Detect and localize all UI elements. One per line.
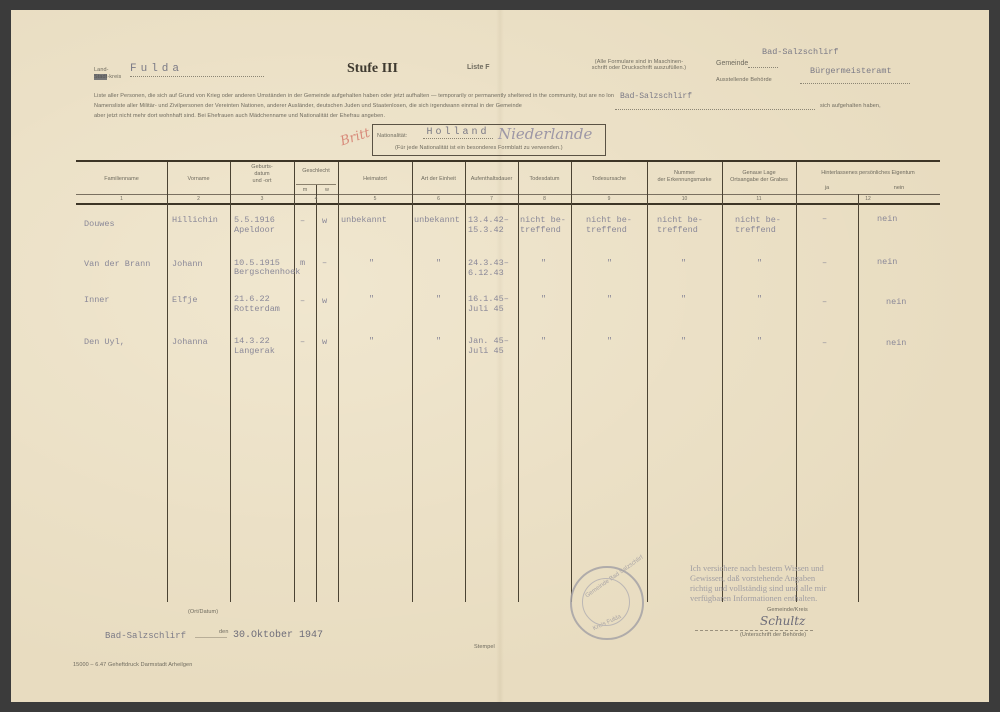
cell-heimatort: unbekannt (341, 215, 387, 225)
signature-line (695, 630, 813, 631)
col-divider (294, 162, 295, 602)
land-label: Land- (94, 67, 121, 73)
cell-grab: " (757, 294, 762, 304)
cell-birth-place: Bergschenhoek (234, 267, 300, 277)
signature: Schultz (760, 614, 805, 628)
place-line (195, 637, 227, 638)
cell-firstname: Johanna (172, 337, 208, 347)
cell-nein: nein (877, 214, 897, 224)
nationality-box: Nationalität: Holland Niederlande (Für j… (372, 124, 606, 156)
cell-heimatort: " (369, 258, 374, 268)
struck-stadt-label: Stadt (94, 74, 107, 80)
intro-gemeinde-value: Bad-Salzschlirf (620, 92, 692, 101)
cell-nein: nein (886, 338, 906, 348)
intro-dots (615, 109, 815, 110)
cell-m: m (300, 258, 305, 268)
declaration-text: Ich versichere nach bestem Wissen und Ge… (690, 563, 835, 603)
cell-einheit: " (436, 258, 441, 268)
cell-birth-place: Langerak (234, 346, 275, 356)
col-num: 1 (76, 196, 167, 202)
col-divider (571, 162, 572, 602)
col-divider (796, 162, 797, 602)
cell-stay-to: 6.12.43 (468, 268, 504, 278)
cell-firstname: Elfje (172, 295, 198, 305)
col-divider (647, 162, 648, 602)
col-header-vorname: Vorname (167, 176, 230, 183)
cell-heimatort: " (369, 336, 374, 346)
col-divider (412, 162, 413, 602)
cell-todesursache: " (607, 258, 612, 268)
col-header-geburtsdatum: Geburts- datum und -ort (230, 164, 294, 185)
col-divider (722, 162, 723, 602)
form-note-line2: schrift oder Druckschrift auszufüllen.) (584, 65, 694, 71)
cell-w: w (322, 337, 327, 347)
cell-birth-place: Apeldoor (234, 225, 275, 235)
col-header-eigentum-nein: nein (858, 185, 940, 192)
col-num: 12 (796, 196, 940, 202)
col-num: 7 (465, 196, 518, 202)
date-value: 30.Oktober 1947 (233, 630, 323, 641)
cell-stay-to: Juli 45 (468, 346, 504, 356)
cell-marke: " (681, 336, 686, 346)
col-header-einheit: Art der Einheit (412, 176, 465, 183)
signature-label: Gemeinde/Kreis (767, 607, 808, 613)
cell-m: – (300, 337, 305, 347)
cell-todesdatum: " (541, 258, 546, 268)
cell-grab: " (757, 258, 762, 268)
col-num: 8 (518, 196, 571, 202)
cell-m: – (300, 296, 305, 306)
col-header-geschlecht-w: w (316, 187, 338, 194)
gemeinde-label: Gemeinde (716, 60, 748, 67)
cell-surname: Douwes (84, 219, 115, 229)
nationality-label: Nationalität: (377, 133, 407, 139)
col-num: 4 (294, 196, 338, 202)
cell-stay-from: 16.1.45– (468, 294, 509, 304)
list-label: Liste F (467, 64, 490, 71)
gemeinde-value-top: Bad-Salzschlirf (762, 47, 839, 57)
col-divider (858, 194, 859, 602)
kreis-label: kreis (109, 74, 121, 80)
col-divider (316, 184, 317, 602)
cell-todesursache: " (607, 294, 612, 304)
cell-birth-place: Rotterdam (234, 304, 280, 314)
cell-birth-date: 21.6.22 (234, 294, 270, 304)
place-label: (Ort/Datum) (188, 609, 218, 615)
cell-ja: – (822, 297, 827, 307)
landkreis-label: Land- Stadt-kreis (94, 67, 121, 80)
cell-stay-to: Juli 45 (468, 304, 504, 314)
header-bottom-rule (76, 203, 940, 205)
cell-grab: " (757, 336, 762, 346)
col-header-eigentum: Hinterlassenes persönliches Eigentum (796, 170, 940, 177)
cell-stay-to: 15.3.42 (468, 225, 504, 235)
cell-birth-date: 14.3.22 (234, 336, 270, 346)
nationality-value: Holland (423, 127, 493, 139)
printer-line: 15000 – 6.47 Geheftdruck Darmstadt Arhei… (73, 662, 192, 668)
col-header-aufenthalt: Aufenthaltsdauer (465, 176, 518, 183)
col-header-erkennungsmarke: Nummer der Erkennungsmarke (647, 170, 722, 184)
header-number-rule (76, 194, 940, 195)
cell-nein: nein (877, 257, 897, 267)
col-header-geschlecht-m: m (294, 187, 316, 194)
behoerde-dots (800, 83, 910, 84)
cell-firstname: Hillichin (172, 215, 218, 225)
intro-line-2-end: sich aufgehalten haben, (820, 103, 881, 109)
cell-marke: nicht be- treffend (657, 215, 703, 235)
col-num: 6 (412, 196, 465, 202)
stempel-label: Stempel (474, 644, 495, 650)
cell-w: – (322, 258, 327, 268)
stamp-text-bottom: Kreis Fulda (592, 614, 622, 632)
col-divider (518, 162, 519, 602)
signature-caption: (Unterschrift der Behörde) (740, 632, 806, 638)
col-num: 5 (338, 196, 412, 202)
cell-marke: " (681, 258, 686, 268)
cell-surname: Inner (84, 295, 110, 305)
cell-stay-from: 24.3.43– (468, 258, 509, 268)
page-title: Stufe III (347, 61, 398, 77)
nationality-handwritten: Niederlande (498, 125, 592, 143)
col-header-eigentum-ja: ja (796, 185, 858, 192)
cell-todesursache: nicht be- treffend (586, 215, 632, 235)
cell-surname: Van der Brann (84, 259, 150, 269)
cell-w: w (322, 296, 327, 306)
cell-grab: nicht be- treffend (735, 215, 781, 235)
cell-surname: Den Uyl, (84, 337, 125, 347)
col-divider (338, 162, 339, 602)
cell-heimatort: " (369, 294, 374, 304)
col-divider (465, 162, 466, 602)
form-note: (Alle Formulare sind in Maschinen- schri… (584, 59, 694, 71)
cell-todesdatum: nicht be- treffend (520, 215, 566, 235)
col-num: 10 (647, 196, 722, 202)
intro-line-1: Liste aller Personen, die sich auf Grund… (94, 93, 614, 99)
behoerde-value: Bürgermeisteramt (810, 66, 892, 76)
nationality-note: (Für jede Nationalität ist ein besondere… (395, 145, 563, 151)
gemeinde-dots (748, 67, 778, 68)
cell-m: – (300, 216, 305, 226)
cell-todesdatum: " (541, 336, 546, 346)
col-header-geschlecht: Geschlecht (294, 168, 338, 175)
place-value: Bad-Salzschlirf (105, 631, 186, 641)
col-num: 11 (722, 196, 796, 202)
col-header-grab: Genaue Lage Ortsangabe der Grabes (722, 170, 796, 184)
behoerde-label: Ausstellende Behörde (716, 77, 772, 83)
col-header-heimatort: Heimatort (338, 176, 412, 183)
col-num: 3 (230, 196, 294, 202)
cell-marke: " (681, 294, 686, 304)
cell-stay-from: 13.4.42– (468, 215, 509, 225)
cell-einheit: " (436, 336, 441, 346)
landkreis-value: Fulda (130, 63, 264, 77)
cell-nein: nein (886, 297, 906, 307)
col-divider (230, 162, 231, 602)
cell-todesursache: " (607, 336, 612, 346)
cell-birth-date: 5.5.1916 (234, 215, 275, 225)
cell-einheit: " (436, 294, 441, 304)
col-divider (167, 162, 168, 602)
official-stamp: Gemeinde Bad Salzschlirf Kreis Fulda (570, 566, 644, 640)
cell-einheit: unbekannt (414, 215, 460, 225)
intro-line-3: aber jetzt nicht mehr dort wohnhaft sind… (94, 113, 424, 119)
intro-line-2: Namensliste aller Militär- und Zivilpers… (94, 103, 614, 109)
cell-todesdatum: " (541, 294, 546, 304)
cell-w: w (322, 216, 327, 226)
geschlecht-sub-rule (296, 184, 336, 185)
cell-ja: – (822, 258, 827, 268)
den-label: den (219, 629, 228, 635)
table-top-rule (76, 160, 940, 162)
col-header-todesursache: Todesursache (571, 176, 647, 183)
col-header-todesdatum: Todesdatum (518, 176, 571, 183)
cell-firstname: Johann (172, 259, 203, 269)
cell-stay-from: Jan. 45– (468, 336, 509, 346)
col-num: 2 (167, 196, 230, 202)
col-num: 9 (571, 196, 647, 202)
col-header-familienname: Familienname (76, 176, 167, 183)
cell-ja: – (822, 214, 827, 224)
cell-ja: – (822, 338, 827, 348)
